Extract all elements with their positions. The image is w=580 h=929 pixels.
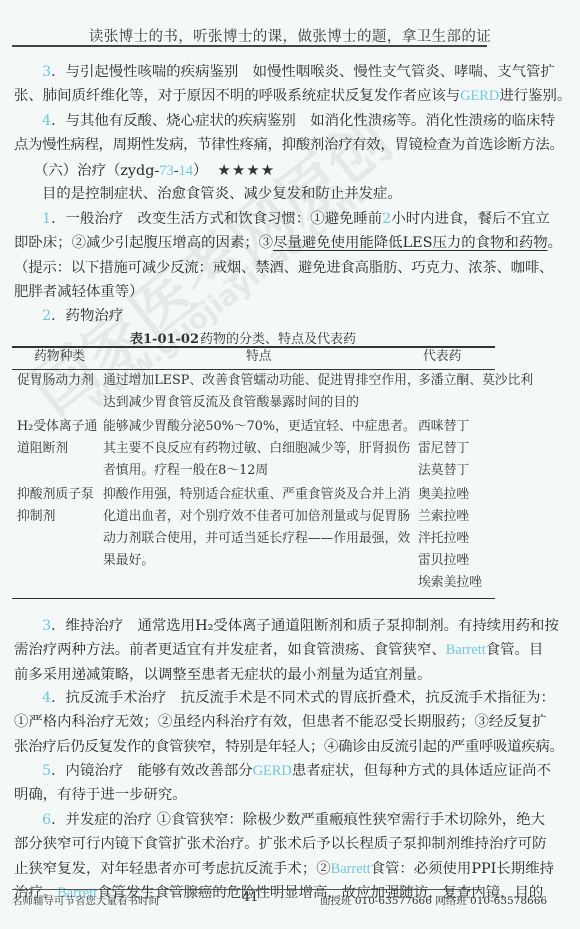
importance-stars-icon: ★★★★ [217,161,275,179]
treatment-4-surgery: 4．抗反流手术治疗 抗反流手术是不同术式的胃底折叠术，抗反流手术指征为： ①严格… [14,686,484,759]
page-number: 41 [242,890,259,905]
treatment-3-maintenance: 3．维持治疗 通常选用H₂受体离子通道阻断剂和质子泵抑制剂。有持续用药和按 需治… [14,614,484,687]
footer-contact: 面授班 010-63577666 网络班 010-63578666 [320,893,547,908]
item-number: 3 [42,64,51,80]
section-heading: （六）治疗（zydg-73-14）★★★★ [14,158,484,182]
term-gerd: GERD [460,88,499,104]
diff-item-3: 3．与引起慢性咳喘的疾病鉴别 如慢性咽喉炎、慢性支气管炎、哮喘、支气管扩 张、肺… [14,60,484,109]
section-treatment: （六）治疗（zydg-73-14）★★★★ 目的是控制症状、治愈食管炎、减少复发… [14,158,484,207]
treatment-2-drug: 2．药物治疗 [14,304,484,328]
table-title: 药物的分类、特点及代表药 [200,328,356,347]
table-header-drugs: 代表药 [423,346,461,368]
table-header-category: 药物种类 [34,346,85,368]
running-header: 读张博士的书，听张博士的课，做张博士的题，拿卫生部的证 [0,25,580,46]
book-page: 国家医考网原创 www.guojiayikao.com 读张博士的书，听张博士的… [0,0,580,929]
term-barrett: Barrett [331,861,371,877]
table-header-features: 特点 [246,346,272,368]
footer-slogan: 名师辅导可节省您大量看书时间 [12,893,159,908]
header-rule [12,45,487,47]
diff-item-4: 4．与其他有反酸、烧心症状的疾病鉴别 如消化性溃疡等。消化性溃疡的临床特 点为慢… [14,109,484,158]
underlined-key-point: 尽量避免使用能降低LES压力的食物和药物 [273,235,548,251]
treatment-1-general: 1．一般治疗 改变生活方式和饮食习惯：①避免睡前2小时内进食，餐后不宜立 即卧床… [14,207,484,304]
item-number: 4 [42,113,51,129]
treatment-goal: 目的是控制症状、治愈食管炎、减少复发和防止并发症。 [14,182,484,206]
term-gerd: GERD [253,763,292,779]
term-barrett: Barrett [446,642,486,658]
treatment-5-endoscopic: 5．内镜治疗 能够有效改善部分GERD患者症状，但每种方式的具体适应证尚不 明确… [14,759,484,808]
table-bottom-rule [12,598,495,599]
table-id: 表1-01-02 [130,328,199,347]
